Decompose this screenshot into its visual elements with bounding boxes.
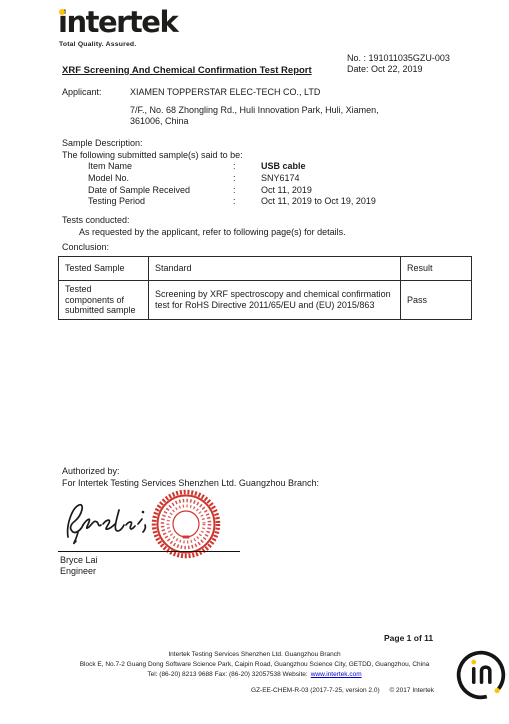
signer-title: Engineer (60, 566, 98, 577)
report-title: XRF Screening And Chemical Confirmation … (62, 65, 312, 76)
sample-row-value: USB cable (261, 161, 468, 173)
cell-standard: Screening by XRF spectroscopy and chemic… (149, 281, 401, 320)
sample-row-model-no: Model No. : SNY6174 (88, 173, 468, 185)
conclusion-table: Tested Sample Standard Result Tested com… (58, 256, 472, 320)
sample-row-label: Item Name (88, 161, 233, 173)
sample-row-value: Oct 11, 2019 to Oct 19, 2019 (261, 196, 468, 208)
report-date-line: Date: Oct 22, 2019 (347, 64, 450, 75)
sample-row-colon: : (233, 161, 261, 173)
sample-row-value: SNY6174 (261, 173, 468, 185)
sample-row-testing-period: Testing Period : Oct 11, 2019 to Oct 19,… (88, 196, 468, 208)
brand-tagline: Total Quality. Assured. (59, 41, 136, 48)
cell-result: Pass (401, 281, 472, 320)
applicant-address: 7/F., No. 68 Zhongling Rd., Huli Innovat… (130, 105, 379, 127)
footer-address: Block E, No.7-2 Guang Dong Software Scie… (0, 660, 509, 670)
applicant-label: Applicant: (62, 87, 102, 98)
sample-row-label: Date of Sample Received (88, 185, 233, 197)
report-date-value: Oct 22, 2019 (371, 64, 423, 74)
sample-row-date-received: Date of Sample Received : Oct 11, 2019 (88, 185, 468, 197)
report-no-label: No. : (347, 53, 366, 63)
sample-row-item-name: Item Name : USB cable (88, 161, 468, 173)
logo-yellow-dot-icon (59, 9, 65, 15)
intertek-logo: intertek (58, 8, 177, 37)
applicant-address-line1: 7/F., No. 68 Zhongling Rd., Huli Innovat… (130, 105, 379, 116)
footer-form-reference-line: GZ-EE-CHEM-R-03 (2017-7-25, version 2.0)… (0, 687, 434, 694)
col-header-tested-sample: Tested Sample (59, 257, 149, 281)
footer-address-block: Intertek Testing Services Shenzhen Ltd. … (0, 650, 509, 680)
footer-contact-line: Tel: (86-20) 8213 9688 Fax: (86-20) 3205… (0, 670, 509, 680)
tests-conducted-body: As requested by the applicant, refer to … (79, 227, 346, 238)
sample-row-label: Testing Period (88, 196, 233, 208)
sample-row-label: Model No. (88, 173, 233, 185)
sample-detail-list: Item Name : USB cable Model No. : SNY617… (88, 161, 468, 208)
signature-line (58, 551, 240, 552)
signer-name: Bryce Lai (60, 555, 98, 566)
report-no-value: 191011035GZU-003 (369, 53, 450, 63)
table-row: Tested components of submitted sample Sc… (59, 281, 472, 320)
applicant-address-line2: 361006, China (130, 116, 379, 127)
cell-tested-sample: Tested components of submitted sample (59, 281, 149, 320)
signer-block: Bryce Lai Engineer (60, 555, 98, 577)
sample-row-colon: : (233, 185, 261, 197)
intertek-logo-wordmark: intertek (58, 5, 177, 39)
sample-row-value: Oct 11, 2019 (261, 185, 468, 197)
footer-company: Intertek Testing Services Shenzhen Ltd. … (0, 650, 509, 660)
footer-tel-fax: Tel: (86-20) 8213 9688 Fax: (86-20) 3205… (147, 671, 307, 678)
conclusion-table-header-row: Tested Sample Standard Result (59, 257, 472, 281)
applicant-name: XIAMEN TOPPERSTAR ELEC-TECH CO., LTD (130, 87, 320, 98)
handwritten-signature-icon (58, 495, 150, 553)
sample-row-colon: : (233, 173, 261, 185)
sample-description-heading: Sample Description: (62, 138, 143, 149)
intertek-monogram-icon (454, 648, 508, 702)
form-reference: GZ-EE-CHEM-R-03 (2017-7-25, version 2.0) (251, 687, 380, 694)
col-header-result: Result (401, 257, 472, 281)
copyright-notice: © 2017 Intertek (389, 687, 434, 694)
sample-row-colon: : (233, 196, 261, 208)
sample-description-intro: The following submitted sample(s) said t… (62, 150, 243, 161)
col-header-standard: Standard (149, 257, 401, 281)
report-date-label: Date: (347, 64, 369, 74)
authorized-by-line: Authorized by: (62, 466, 319, 478)
report-page: intertek Total Quality. Assured. XRF Scr… (0, 0, 509, 724)
report-meta: No. : 191011035GZU-003 Date: Oct 22, 201… (347, 53, 450, 75)
company-seal-stamp-icon (150, 488, 222, 560)
report-number-line: No. : 191011035GZU-003 (347, 53, 450, 64)
page-number: Page 1 of 11 (384, 633, 433, 643)
conclusion-heading: Conclusion: (62, 242, 109, 253)
website-link[interactable]: www.intertek.com (311, 671, 362, 678)
authorization-block: Authorized by: For Intertek Testing Serv… (62, 466, 319, 489)
tests-conducted-heading: Tests conducted: (62, 215, 130, 226)
